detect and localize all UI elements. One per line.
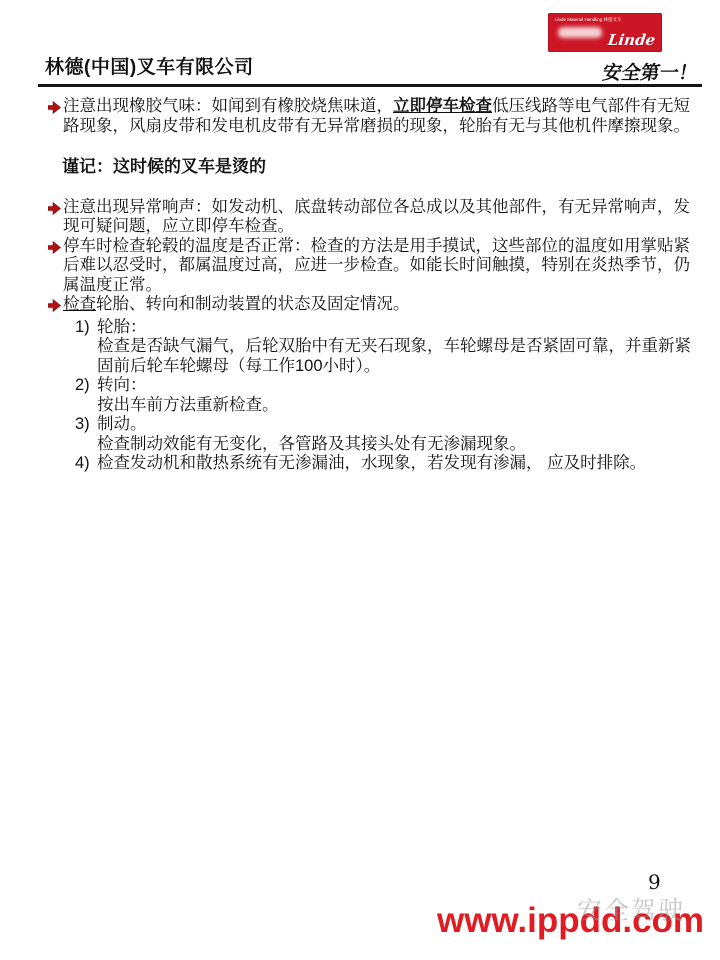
bullet1-emphasis: 立即停车检查 bbox=[393, 97, 492, 115]
item-detail: 按出车前方法重新检查。 bbox=[97, 396, 692, 416]
bullet-text: 注意出现异常响声：如发动机、底盘转动部位各总成以及其他部件，有无异常响声，发现可… bbox=[63, 198, 692, 237]
bullet-item-abnormal-noise: 注意出现异常响声：如发动机、底盘转动部位各总成以及其他部件，有无异常响声，发现可… bbox=[48, 198, 692, 237]
safety-first-slogan: 安全第一！ bbox=[601, 58, 701, 85]
bullet-text: 注意出现橡胶气味：如闻到有橡胶烧焦味道，立即停车检查低压线路等电气部件有无短路现… bbox=[63, 97, 692, 136]
red-arrow-bullet-icon bbox=[48, 237, 63, 296]
item-number: 3) bbox=[75, 415, 97, 454]
numbered-item-steering: 2) 转向： 按出车前方法重新检查。 bbox=[75, 376, 692, 415]
company-name: 林德(中国)叉车有限公司 bbox=[45, 52, 254, 79]
item-detail: 检查是否缺气漏气，后轮双胎中有无夹石现象，车轮螺母是否紧固可靠，并重新紧固前后轮… bbox=[97, 337, 692, 376]
numbered-item-tires: 1) 轮胎： 检查是否缺气漏气，后轮双胎中有无夹石现象，车轮螺母是否紧固可靠，并… bbox=[75, 318, 692, 377]
red-arrow-bullet-icon bbox=[48, 97, 63, 136]
item-title: 制动。 bbox=[97, 415, 692, 435]
linde-logo: Linde Material Handling 林德叉车 Linde bbox=[548, 13, 662, 52]
bullet-item-rubber-smell: 注意出现橡胶气味：如闻到有橡胶烧焦味道，立即停车检查低压线路等电气部件有无短路现… bbox=[48, 97, 692, 136]
item-title: 转向： bbox=[97, 376, 692, 396]
item-title: 检查发动机和散热系统有无渗漏油，水现象，若发现有渗漏， 应及时排除。 bbox=[97, 454, 692, 474]
numbered-item-engine-leak: 4) 检查发动机和散热系统有无渗漏油，水现象，若发现有渗漏， 应及时排除。 bbox=[75, 454, 692, 474]
item-number: 2) bbox=[75, 376, 97, 415]
logo-tagline: Linde Material Handling 林德叉车 bbox=[555, 17, 658, 23]
item-number: 1) bbox=[75, 318, 97, 377]
bullet1-pre: 注意出现橡胶气味：如闻到有橡胶烧焦味道， bbox=[63, 97, 393, 115]
reminder-line: 谨记：这时候的叉车是烫的 bbox=[62, 157, 692, 177]
numbered-item-braking: 3) 制动。 检查制动效能有无变化，各管路及其接头处有无渗漏现象。 bbox=[75, 415, 692, 454]
bullet-item-check-devices: 检查轮胎、转向和制动装置的状态及固定情况。 bbox=[48, 295, 692, 318]
logo-smudge bbox=[558, 27, 602, 38]
document-page: 林德(中国)叉车有限公司 Linde Material Handling 林德叉… bbox=[0, 0, 720, 960]
red-arrow-bullet-icon bbox=[48, 198, 63, 237]
bullet-item-hub-temperature: 停车时检查轮毂的温度是否正常：检查的方法是用手摸试，这些部位的温度如用掌贴紧后难… bbox=[48, 237, 692, 296]
header-divider bbox=[38, 84, 702, 87]
document-body: 注意出现橡胶气味：如闻到有橡胶烧焦味道，立即停车检查低压线路等电气部件有无短路现… bbox=[48, 97, 692, 474]
bullet4-emphasis: 检查 bbox=[63, 295, 96, 313]
bullet-text: 停车时检查轮毂的温度是否正常：检查的方法是用手摸试，这些部位的温度如用掌贴紧后难… bbox=[63, 237, 692, 296]
item-detail: 检查制动效能有无变化，各管路及其接头处有无渗漏现象。 bbox=[97, 435, 692, 455]
bullet-text: 检查轮胎、转向和制动装置的状态及固定情况。 bbox=[63, 295, 692, 318]
bullet4-post: 轮胎、转向和制动装置的状态及固定情况。 bbox=[96, 295, 410, 313]
linde-brand-script: Linde bbox=[607, 31, 657, 49]
item-title: 轮胎： bbox=[97, 318, 692, 338]
faint-stamp-text: 安全驾驶 bbox=[577, 891, 685, 927]
red-arrow-bullet-icon bbox=[48, 295, 63, 318]
item-number: 4) bbox=[75, 454, 97, 474]
